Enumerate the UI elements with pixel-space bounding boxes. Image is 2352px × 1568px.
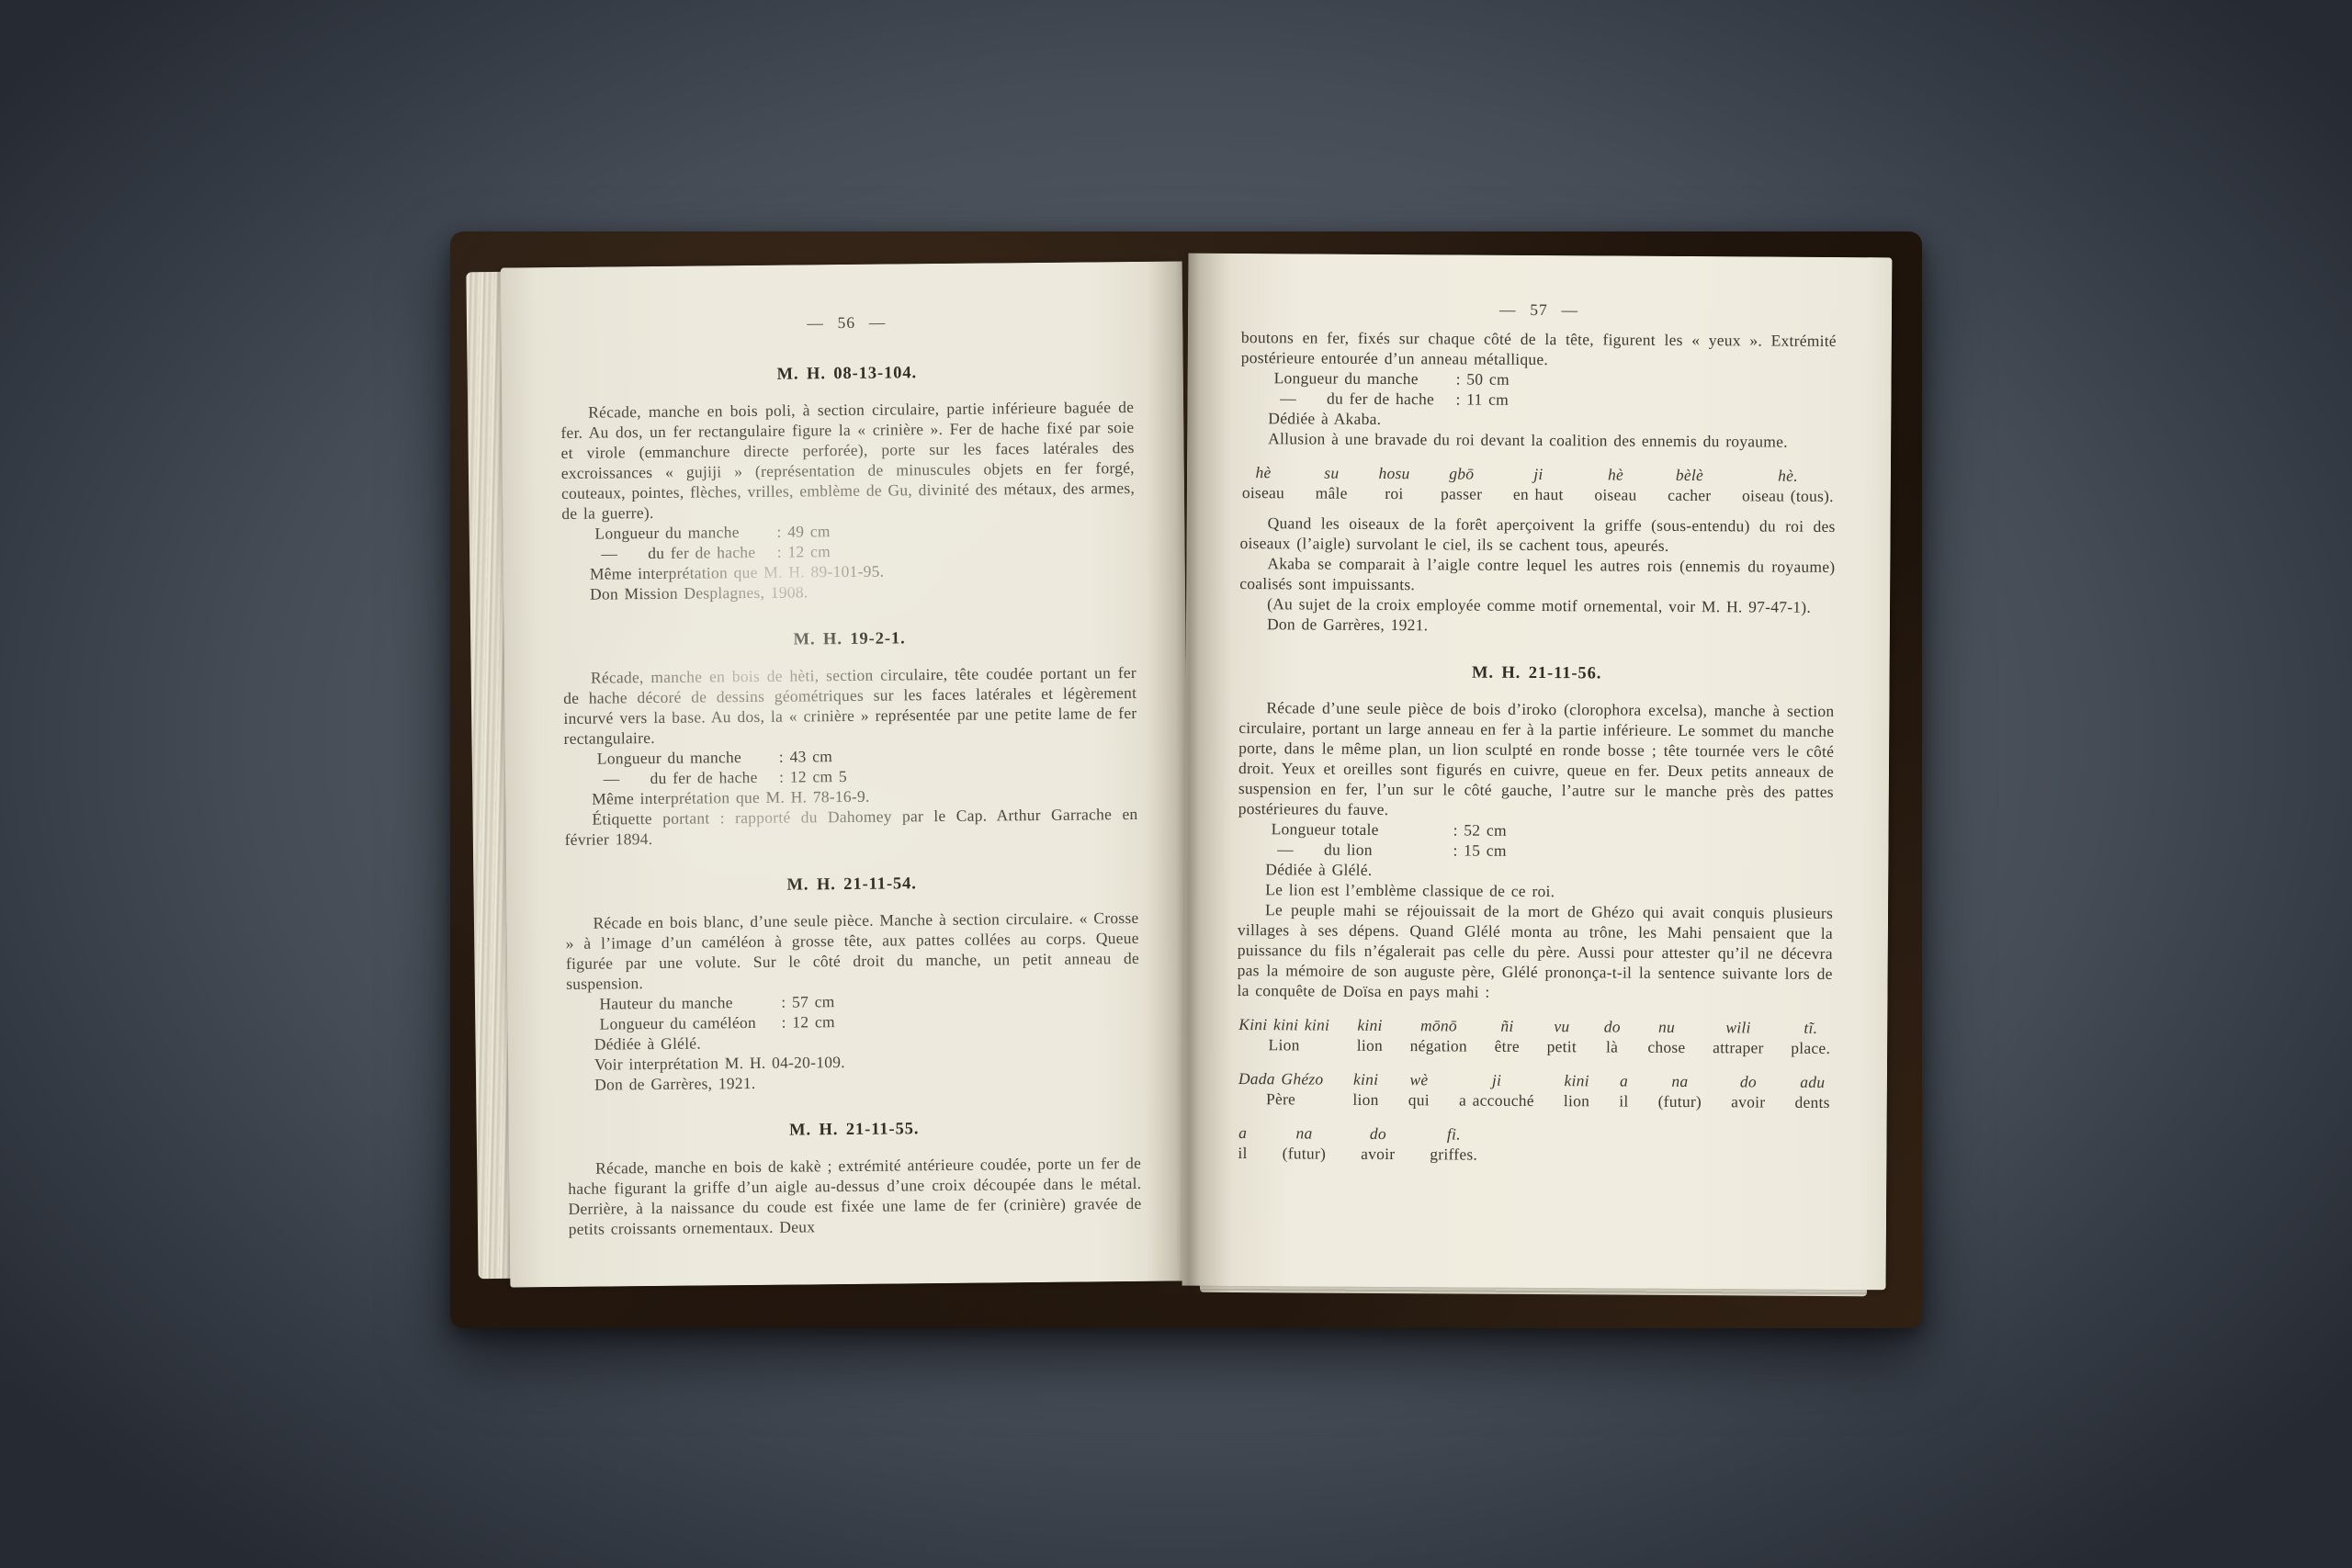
vernacular-word: tĩ.	[1804, 1018, 1817, 1038]
gloss-column: adudents	[1794, 1072, 1829, 1112]
gloss-translation: là	[1606, 1036, 1618, 1056]
gloss-translation: il	[1238, 1143, 1247, 1163]
entry-description: Récade en bois blanc, d’une seule pièce.…	[565, 908, 1139, 994]
entry-note: Don de Garrères, 1921.	[567, 1069, 1140, 1095]
gloss-column: wèqui	[1408, 1069, 1430, 1110]
entry-heading: M. H. 21-11-55.	[568, 1117, 1141, 1143]
gloss-translation: roi	[1385, 483, 1403, 503]
vernacular-word: adu	[1800, 1072, 1825, 1092]
vernacular-word: mōnō	[1420, 1015, 1457, 1035]
gloss-column: wiliattraper	[1713, 1017, 1764, 1057]
entry-description-continued: boutons en fer, fixés sur chaque côté de…	[1241, 327, 1837, 371]
vernacular-word: kini	[1564, 1070, 1589, 1090]
entry-note: Don Mission Desplagnes, 1908.	[562, 579, 1136, 604]
vernacular-word: a	[1620, 1071, 1628, 1091]
vernacular-word: hè.	[1778, 466, 1798, 486]
gloss-column: tĩ.place.	[1791, 1018, 1830, 1058]
measurement-label: Longueur du manche	[594, 522, 776, 544]
measurement-label: Longueur du manche	[1274, 367, 1456, 389]
gloss-translation: a accouché	[1459, 1089, 1534, 1110]
photo-scene: — 56 — M. H. 08-13-104. Récade, manche e…	[0, 0, 2352, 1568]
gloss-column: nuchose	[1647, 1017, 1685, 1057]
gloss-translation: il	[1619, 1091, 1628, 1111]
gloss-column: bèlècacher	[1668, 465, 1711, 505]
catalog-entry-19-2-1: M. H. 19-2-1. Récade, manche en bois de …	[562, 626, 1137, 850]
gloss-translation: négation	[1410, 1035, 1467, 1055]
gloss-column: ail	[1238, 1122, 1248, 1163]
gloss-column: mōnōnégation	[1410, 1015, 1468, 1055]
gloss-column: doavoir	[1361, 1123, 1395, 1164]
gloss-translation: place.	[1791, 1038, 1830, 1058]
gloss-column: hèoiseau	[1242, 462, 1284, 502]
catalog-entry-21-11-56: M. H. 21-11-56. Récade d’une seule pièce…	[1236, 661, 1834, 1167]
entry-note: Don de Garrères, 1921.	[1239, 614, 1835, 637]
gloss-translation: chose	[1647, 1037, 1685, 1057]
gloss-column: na(futur)	[1658, 1071, 1702, 1111]
vernacular-gloss-1: hèoiseau sumâle hosuroi gbōpasser jien h…	[1242, 462, 1834, 506]
gloss-translation: lion	[1352, 1089, 1378, 1110]
measurement-label: — du lion	[1271, 839, 1453, 860]
gloss-translation: petit	[1547, 1036, 1577, 1056]
vernacular-word: Kini kini kini	[1238, 1014, 1329, 1035]
page-number-left: — 56 —	[560, 310, 1133, 335]
gloss-column: jien haut	[1513, 464, 1564, 504]
measurement-label: Longueur du manche	[597, 747, 779, 769]
vernacular-word: hè	[1256, 462, 1272, 482]
vernacular-word: wè	[1409, 1069, 1428, 1089]
page-number-right: — 57 —	[1241, 298, 1837, 321]
gloss-translation: avoir	[1361, 1144, 1395, 1164]
catalog-entry-08-13-104: M. H. 08-13-104. Récade, manche en bois …	[560, 361, 1136, 604]
measurement-value: : 15 cm	[1453, 840, 1506, 859]
measurement-value: : 49 cm	[776, 522, 830, 541]
gloss-column: jia accouché	[1459, 1069, 1534, 1110]
gloss-translation: avoir	[1731, 1091, 1765, 1111]
entry-description: Récade d’une seule pièce de bois d’iroko…	[1238, 697, 1835, 822]
gloss-translation: dents	[1794, 1092, 1829, 1112]
measurement-value: : 11 cm	[1455, 389, 1509, 408]
vernacular-word: kini	[1353, 1069, 1378, 1089]
entry-paragraph: Le peuple mahi se réjouissait de la mort…	[1237, 899, 1833, 1004]
gloss-translation: lion	[1357, 1035, 1383, 1055]
gloss-translation: oiseau	[1242, 482, 1284, 502]
vernacular-word: wili	[1725, 1017, 1750, 1037]
gloss-column: doavoir	[1731, 1071, 1765, 1111]
vernacular-word: hosu	[1378, 463, 1409, 483]
entry-heading: M. H. 08-13-104.	[560, 361, 1134, 387]
vernacular-word: su	[1324, 463, 1339, 483]
vernacular-word: gbō	[1449, 463, 1474, 483]
gloss-column: ail	[1619, 1071, 1629, 1111]
entry-paragraph: Akaba se comparait à l’aigle contre lequ…	[1239, 553, 1835, 597]
vernacular-word: do	[1604, 1016, 1621, 1036]
vernacular-word: ji	[1533, 464, 1543, 484]
vernacular-word: a	[1238, 1122, 1247, 1143]
gloss-column: hèoiseau	[1594, 464, 1636, 504]
page-56: — 56 — M. H. 08-13-104. Récade, manche e…	[501, 261, 1193, 1287]
entry-note: Étiquette portant : rapporté du Dahomey …	[564, 804, 1137, 850]
gloss-column: dolà	[1604, 1016, 1621, 1056]
measurement-label: — du fer de hache	[597, 767, 779, 789]
gloss-translation: mâle	[1316, 483, 1348, 503]
gloss-column: kinilion	[1564, 1070, 1590, 1111]
catalog-entry-21-11-54: M. H. 21-11-54. Récade en bois blanc, d’…	[565, 872, 1140, 1095]
entry-paragraph: Allusion à une bravade du roi devant la …	[1240, 428, 1836, 452]
measurement-value: : 57 cm	[781, 992, 834, 1011]
gloss-column: na(futur)	[1283, 1122, 1327, 1163]
measurement-label: Hauteur du manche	[599, 992, 781, 1014]
gloss-translation: (futur)	[1283, 1143, 1327, 1163]
vernacular-word: na	[1295, 1122, 1312, 1143]
measurement-value: : 12 cm	[777, 542, 831, 561]
vernacular-word: nu	[1658, 1017, 1675, 1037]
gloss-column: Kini kini kiniLion	[1238, 1014, 1329, 1055]
gloss-column: vupetit	[1547, 1016, 1577, 1056]
vernacular-word: ji	[1492, 1070, 1501, 1090]
gloss-column: gbōpasser	[1441, 463, 1483, 503]
measurement-label: — du fer de hache	[595, 542, 777, 564]
gloss-translation: griffes.	[1430, 1144, 1477, 1164]
gloss-translation: être	[1495, 1036, 1520, 1056]
measurement-value: : 12 cm	[781, 1012, 834, 1032]
vernacular-word: vu	[1554, 1016, 1569, 1036]
page-57-content: — 57 — boutons en fer, fixés sur chaque …	[1182, 254, 1893, 1291]
vernacular-word: ñi	[1500, 1016, 1513, 1036]
gloss-column: hè.oiseau (tous).	[1742, 465, 1834, 506]
catalog-entry-21-11-55-continued: boutons en fer, fixés sur chaque côté de…	[1239, 327, 1837, 637]
vernacular-word: kini	[1357, 1015, 1382, 1035]
measurement-value: : 12 cm 5	[779, 767, 847, 786]
gloss-translation: attraper	[1713, 1037, 1764, 1057]
page-56-content: — 56 — M. H. 08-13-104. Récade, manche e…	[501, 261, 1193, 1287]
vernacular-word: bèlè	[1676, 465, 1703, 485]
vernacular-word: fi.	[1447, 1123, 1461, 1144]
measurement-label: Longueur du caméléon	[599, 1012, 781, 1034]
gloss-translation: en haut	[1513, 484, 1564, 504]
gloss-translation: oiseau (tous).	[1742, 485, 1834, 506]
gloss-translation: (futur)	[1658, 1091, 1702, 1111]
gloss-column: kinilion	[1357, 1015, 1384, 1055]
gloss-translation: qui	[1408, 1089, 1430, 1110]
vernacular-gloss-3: Dada GhézoPère kinilion wèqui jia accouc…	[1238, 1068, 1830, 1112]
gloss-translation: oiseau	[1594, 484, 1636, 504]
vernacular-gloss-2: Kini kini kiniLion kinilion mōnōnégation…	[1238, 1014, 1830, 1058]
measurement-value: : 52 cm	[1453, 820, 1507, 839]
vernacular-word: do	[1740, 1071, 1757, 1091]
measurement-value: : 50 cm	[1456, 369, 1510, 388]
gloss-column: fi.griffes.	[1430, 1123, 1477, 1164]
vernacular-gloss-4: ail na(futur) doavoir fi.griffes.	[1238, 1122, 1829, 1167]
gloss-translation: passer	[1441, 483, 1482, 503]
gloss-column: ñiêtre	[1495, 1016, 1521, 1056]
measurement-label: Longueur totale	[1272, 818, 1453, 840]
measurement-label: — du fer de hache	[1273, 388, 1455, 409]
entry-description: Récade, manche en bois de kakè ; extrémi…	[568, 1153, 1142, 1239]
measurement-value: : 43 cm	[779, 747, 832, 766]
gloss-column: kinilion	[1352, 1069, 1379, 1110]
vernacular-word: Dada Ghézo	[1238, 1068, 1324, 1089]
gloss-translation: lion	[1564, 1090, 1589, 1111]
gloss-column: sumâle	[1316, 463, 1348, 503]
vernacular-word: hè	[1608, 464, 1623, 484]
entry-paragraph: Quand les oiseaux de la forêt aperçoiven…	[1239, 513, 1835, 557]
gloss-translation: cacher	[1668, 485, 1711, 505]
entry-description: Récade, manche en bois poli, à section c…	[560, 397, 1135, 524]
page-57: — 57 — boutons en fer, fixés sur chaque …	[1182, 254, 1893, 1291]
catalog-entry-21-11-55: M. H. 21-11-55. Récade, manche en bois d…	[568, 1117, 1142, 1239]
gloss-column: hosuroi	[1378, 463, 1409, 503]
gloss-column: Dada GhézoPère	[1238, 1068, 1324, 1110]
gloss-translation: Père	[1266, 1089, 1295, 1109]
entry-heading: M. H. 19-2-1.	[562, 626, 1136, 652]
entry-description: Récade, manche en bois de hèti, section …	[563, 662, 1137, 749]
vernacular-word: do	[1370, 1123, 1386, 1144]
gloss-translation: Lion	[1269, 1034, 1300, 1055]
entry-heading: M. H. 21-11-56.	[1239, 661, 1835, 685]
vernacular-word: na	[1671, 1071, 1688, 1091]
entry-heading: M. H. 21-11-54.	[565, 872, 1138, 897]
open-book: — 56 — M. H. 08-13-104. Récade, manche e…	[450, 231, 1922, 1328]
